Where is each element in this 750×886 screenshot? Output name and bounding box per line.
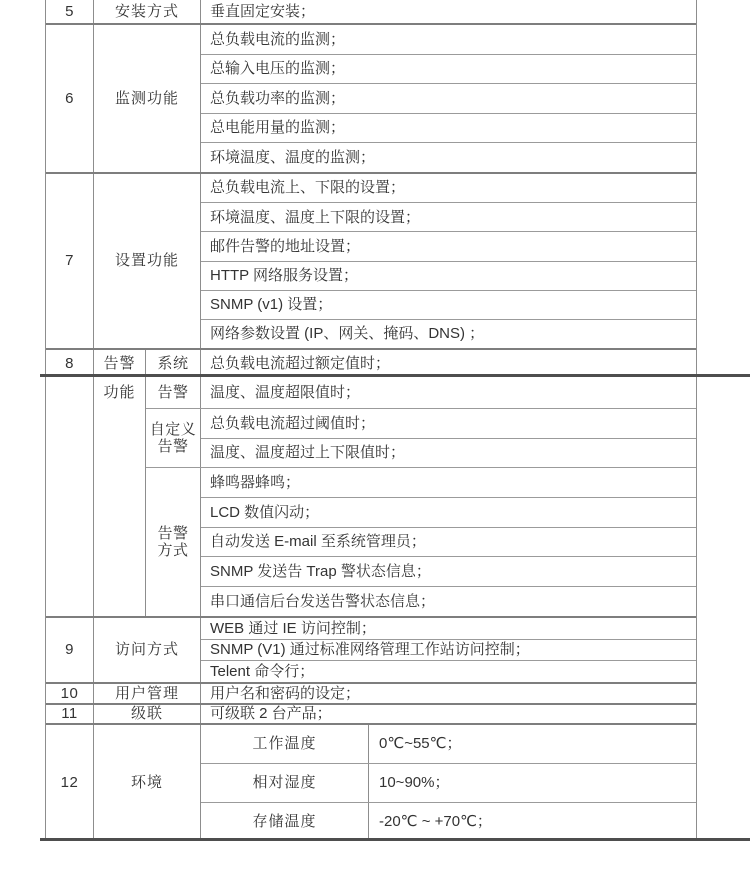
sub-label-line1: 告警	[157, 525, 188, 542]
spec-text: 自动发送 E-mail 至系统管理员；	[201, 527, 696, 557]
spec-text: 总负载电流超过阈值时；	[201, 409, 696, 438]
env-value: 10~90%；	[369, 764, 696, 802]
spec-text: 环境温度、温度的监测；	[201, 142, 696, 172]
system-alarm-continued: 告警 温度、温度超限值时；	[146, 378, 696, 408]
row-category: 监测功能	[94, 25, 201, 172]
env-row: 相对湿度 10~90%；	[201, 763, 696, 802]
sub-label-line2: 方式	[157, 542, 188, 559]
page-break-rule	[40, 374, 750, 377]
env-value: -20℃ ~ +70℃；	[369, 803, 696, 841]
sub-label-line1: 自定义	[150, 421, 197, 438]
sub-label: 自定义 告警	[146, 409, 201, 467]
spec-row-9: 9 访问方式 WEB 通过 IE 访问控制； SNMP (V1) 通过标准网络管…	[46, 616, 696, 682]
env-label: 存储温度	[201, 803, 369, 841]
row-number: 9	[46, 618, 94, 682]
spec-text: Telent 命令行；	[201, 660, 696, 682]
spec-text: 总负载功率的监测；	[201, 83, 696, 113]
spec-text: 蜂鸣器蜂鸣；	[201, 468, 696, 497]
row-number: 12	[46, 725, 94, 841]
alarm-mode-group: 告警 方式 蜂鸣器蜂鸣； LCD 数值闪动； 自动发送 E-mail 至系统管理…	[146, 467, 696, 616]
spec-text: LCD 数值闪动；	[201, 497, 696, 527]
row-category: 环境	[94, 725, 201, 841]
spec-text: 用户名和密码的设定；	[201, 684, 696, 703]
spec-row-7: 7 设置功能 总负载电流上、下限的设置； 环境温度、温度上下限的设置； 邮件告警…	[46, 172, 696, 348]
spec-text: 温度、温度超过上下限值时；	[201, 438, 696, 468]
row-category-line2: 功能	[94, 378, 146, 616]
row-number: 6	[46, 25, 94, 172]
spec-text: 总输入电压的监测；	[201, 54, 696, 84]
env-row: 工作温度 0℃~55℃；	[201, 725, 696, 763]
spec-text: 串口通信后台发送告警状态信息；	[201, 586, 696, 616]
sub-label: 告警 方式	[146, 468, 201, 616]
spec-text: 邮件告警的地址设置；	[201, 231, 696, 260]
row-number: 10	[46, 684, 94, 703]
spec-text: 网络参数设置 (IP、网关、掩码、DNS) ；	[201, 319, 696, 348]
env-row: 存储温度 -20℃ ~ +70℃；	[201, 802, 696, 841]
custom-alarm-group: 自定义 告警 总负载电流超过阈值时； 温度、温度超过上下限值时；	[146, 408, 696, 467]
spec-row-11: 11 级联 可级联 2 台产品；	[46, 703, 696, 723]
spec-text: WEB 通过 IE 访问控制；	[201, 618, 696, 639]
row-category: 访问方式	[94, 618, 201, 682]
row-number: 7	[46, 174, 94, 348]
spec-row-6: 6 监测功能 总负载电流的监测； 总输入电压的监测； 总负载功率的监测； 总电能…	[46, 23, 696, 172]
spec-page: 5 安装方式 垂直固定安装； 6 监测功能 总负载电流的监测； 总输入电压的监测…	[0, 0, 750, 886]
spec-text: SNMP 发送告 Trap 警状态信息；	[201, 556, 696, 586]
row-category: 级联	[94, 705, 201, 723]
env-label: 相对湿度	[201, 764, 369, 802]
row-number: 11	[46, 705, 94, 723]
row-number: 5	[46, 0, 94, 23]
spec-text: 可级联 2 台产品；	[201, 705, 696, 723]
spec-row-12: 12 环境 工作温度 0℃~55℃； 相对湿度 10~90%； 存储温度 -20…	[46, 723, 696, 841]
spec-row-10: 10 用户管理 用户名和密码的设定；	[46, 682, 696, 703]
spec-text: 环境温度、温度上下限的设置；	[201, 202, 696, 231]
spec-row-5: 5 安装方式 垂直固定安装；	[46, 0, 696, 23]
spec-text: SNMP (V1) 通过标准网络管理工作站访问控制；	[201, 639, 696, 661]
spec-table: 5 安装方式 垂直固定安装； 6 监测功能 总负载电流的监测； 总输入电压的监测…	[45, 0, 697, 841]
table-bottom-rule	[40, 838, 750, 841]
spec-text: 垂直固定安装；	[201, 0, 696, 23]
spec-text: 温度、温度超限值时；	[201, 378, 696, 408]
spec-row-8-bottom: 功能 告警 温度、温度超限值时； 自定义 告警 总负载电流超过阈值时； 温度、温…	[46, 378, 696, 616]
row-number-empty	[46, 378, 94, 616]
spec-text: 总负载电流的监测；	[201, 25, 696, 54]
row-category: 安装方式	[94, 0, 201, 23]
spec-text: SNMP (v1) 设置；	[201, 290, 696, 319]
sub-label-line2: 告警	[157, 438, 188, 455]
sub-label-line2: 告警	[146, 378, 201, 408]
spec-text: 总电能用量的监测；	[201, 113, 696, 143]
spec-text: HTTP 网络服务设置；	[201, 261, 696, 290]
row-category: 设置功能	[94, 174, 201, 348]
spec-text: 总负载电流上、下限的设置；	[201, 174, 696, 202]
row-category: 用户管理	[94, 684, 201, 703]
env-value: 0℃~55℃；	[369, 725, 696, 763]
env-label: 工作温度	[201, 725, 369, 763]
